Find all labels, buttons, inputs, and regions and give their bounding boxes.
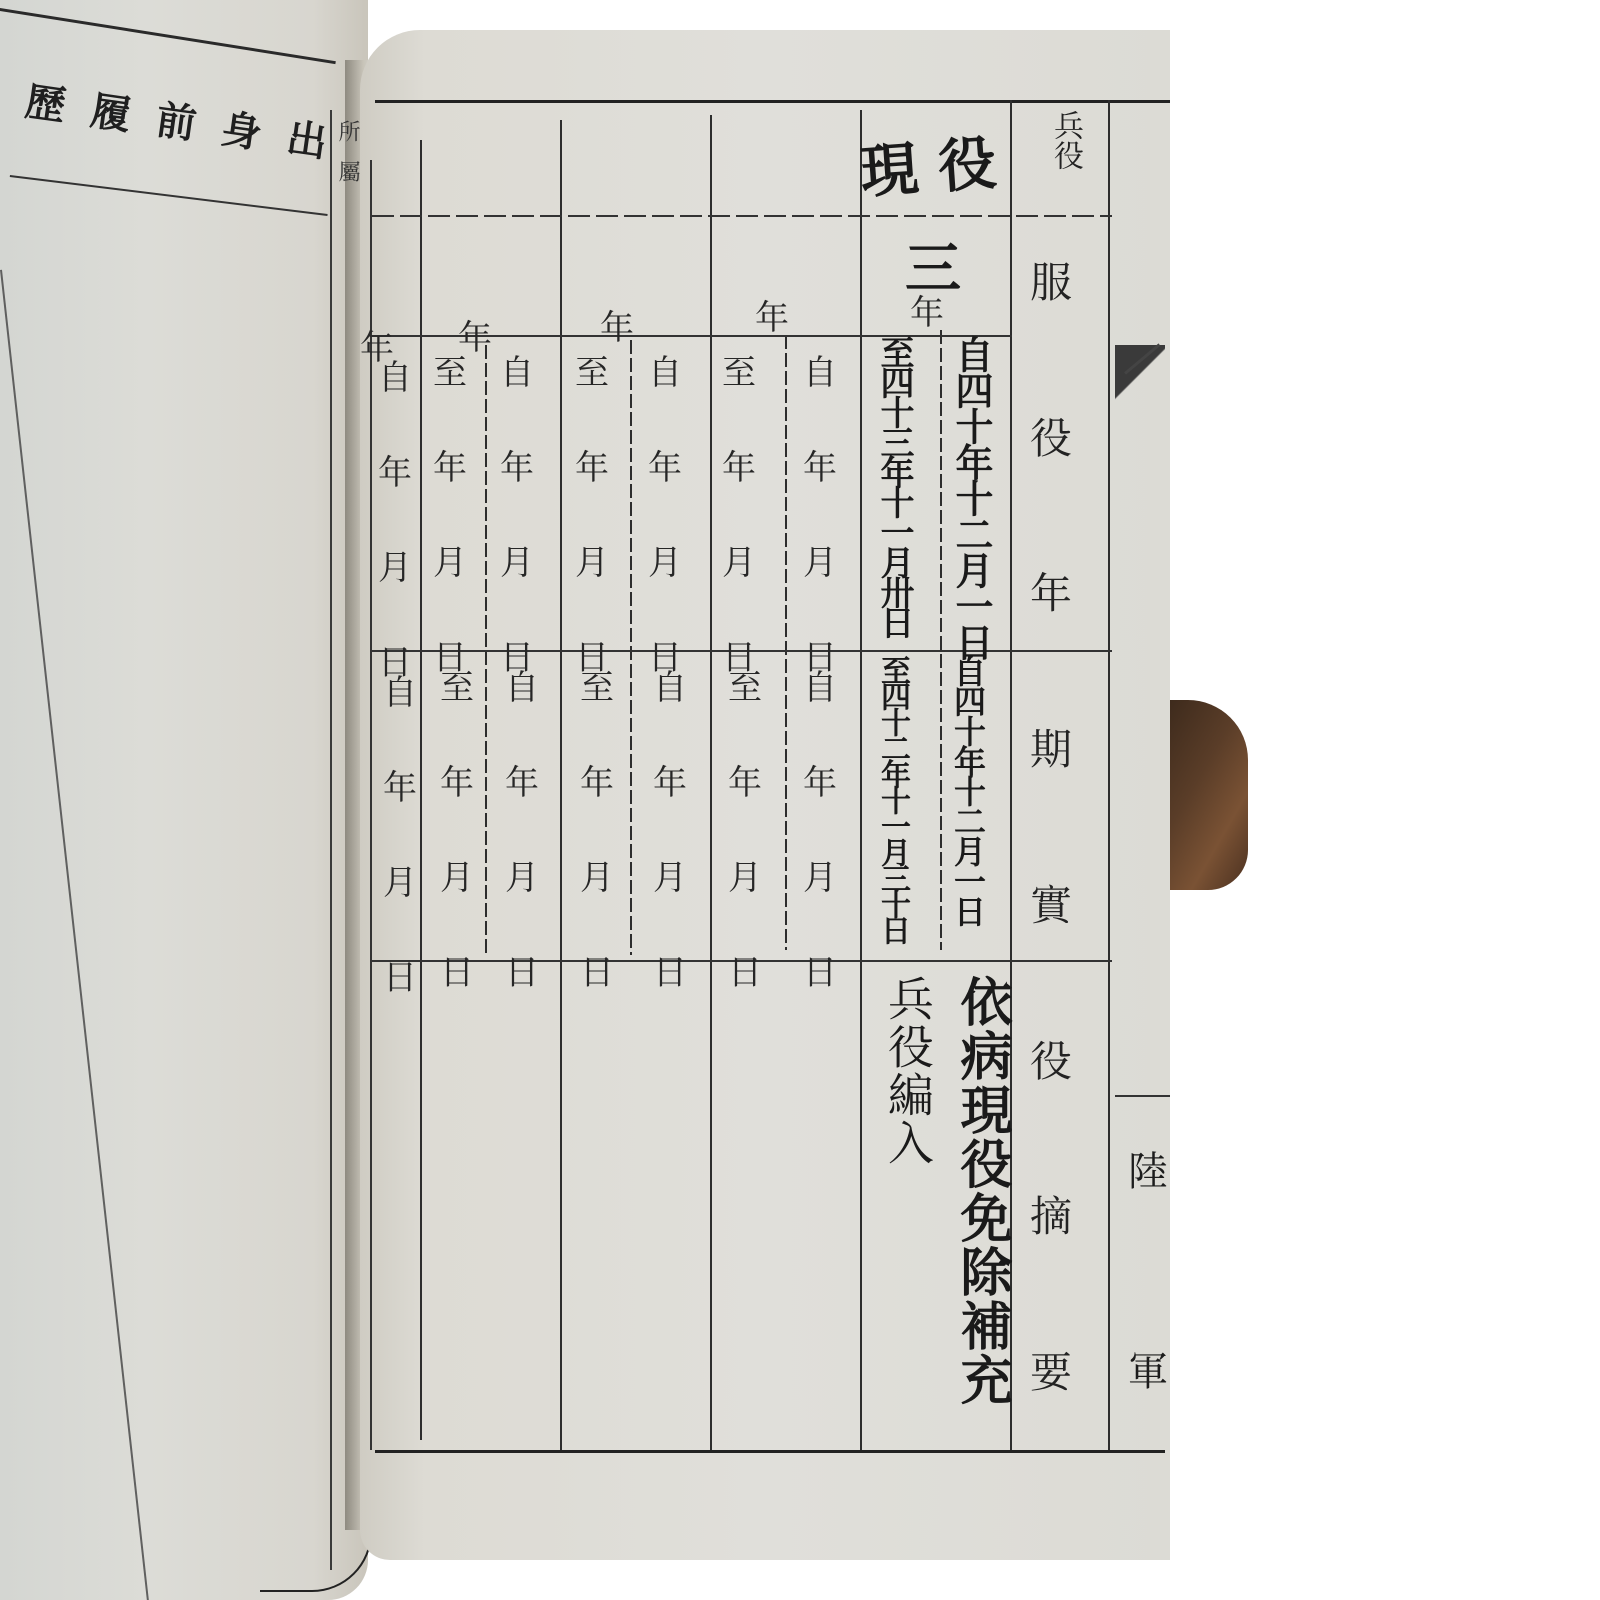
unit-month: 月	[433, 535, 467, 584]
unit-year: 年	[803, 755, 837, 804]
sub-column-rule	[630, 340, 632, 955]
left-page-title-underline	[10, 175, 328, 216]
spine-edge-label: 所屬	[332, 120, 363, 200]
unit-month: 月	[500, 535, 534, 584]
unit-year: 年	[378, 445, 412, 494]
sub-column-rule	[940, 330, 942, 950]
unit-year: 年	[648, 440, 682, 489]
unit-day: 日	[580, 945, 614, 994]
handwritten-remarks-line2: 兵役編入	[885, 975, 931, 1167]
unit-year: 年	[505, 755, 539, 804]
to-label: 至	[722, 345, 756, 394]
header-char: 服	[1030, 250, 1072, 310]
spine-char: 所	[335, 120, 360, 160]
unit-day: 日	[505, 945, 539, 994]
header-char: 年	[1030, 561, 1072, 621]
unit-month: 月	[505, 850, 539, 899]
from-label: 自	[500, 345, 534, 394]
to-label: 至	[440, 660, 474, 709]
frame-top-rule	[375, 100, 1170, 103]
column-rule	[860, 110, 862, 1450]
year-label: 年	[910, 285, 944, 334]
header-char: 期	[1030, 717, 1072, 777]
to-label: 至	[433, 345, 467, 394]
header-char: 實	[1030, 873, 1072, 933]
left-page-column-rule	[0, 270, 149, 1600]
unit-day: 日	[440, 945, 474, 994]
left-page-top-rule	[0, 8, 336, 64]
header-char: 摘	[1030, 1184, 1072, 1244]
printed-from-column: 自年月日	[505, 660, 539, 994]
spine-char: 屬	[335, 160, 360, 200]
to-label: 至	[575, 345, 609, 394]
unit-month: 月	[648, 535, 682, 584]
printed-to-column: 至年月日	[575, 345, 609, 679]
header-char: 要	[1030, 1340, 1072, 1400]
unit-year: 年	[575, 440, 609, 489]
unit-month: 月	[580, 850, 614, 899]
printed-from-column: 自年月日	[648, 345, 682, 679]
edge-strip-char: 軍	[1128, 1340, 1168, 1397]
left-page-title: 歷 履 前 身 出	[22, 70, 331, 169]
printed-to-column: 至年月日	[580, 660, 614, 994]
unit-year: 年	[500, 440, 534, 489]
printed-to-column: 至年月日	[722, 345, 756, 679]
printed-from-column: 自年月日	[383, 665, 417, 999]
handwritten-status: 現役	[857, 115, 1018, 210]
title-char: 出	[283, 107, 331, 169]
printed-from-column: 自年月日	[653, 660, 687, 994]
header-column-divider	[1108, 100, 1110, 1450]
unit-day: 日	[803, 945, 837, 994]
unit-day: 日	[653, 945, 687, 994]
year-label: 年	[755, 290, 789, 339]
unit-month: 月	[440, 850, 474, 899]
from-label: 自	[505, 660, 539, 709]
unit-day: 日	[383, 950, 417, 999]
handwritten-row2-from: 自四十年十二月一日	[952, 655, 984, 925]
handwritten-row1-from: 自四十年十二月一日	[952, 335, 990, 659]
title-char: 前	[153, 88, 201, 150]
printed-from-column: 自年月日	[500, 345, 534, 679]
handwritten-remarks-line1: 依病現役免除補充	[955, 975, 1007, 1407]
printed-from-column: 自年月日	[803, 660, 837, 994]
to-label: 至	[580, 660, 614, 709]
printed-to-column: 至年月日	[433, 345, 467, 679]
unit-month: 月	[722, 535, 756, 584]
sub-column-rule	[785, 335, 787, 950]
leather-tie	[1168, 700, 1248, 890]
header-label-column: 服 役 年 期 實 役 摘 要	[1030, 250, 1072, 1400]
frame-bottom-rule	[375, 1450, 1165, 1453]
edge-strip-char: 陸	[1128, 1140, 1168, 1197]
unit-year: 年	[383, 760, 417, 809]
unit-year: 年	[653, 755, 687, 804]
unit-month: 月	[653, 850, 687, 899]
header-char: 役	[1030, 406, 1072, 466]
from-label: 自	[648, 345, 682, 394]
handwritten-row2-to: 至四十二年十一月三十日	[877, 655, 907, 941]
unit-year: 年	[580, 755, 614, 804]
unit-month: 月	[728, 850, 762, 899]
title-char: 歷	[22, 70, 70, 132]
printed-to-column: 至年月日	[728, 660, 762, 994]
year-label: 年	[600, 300, 634, 349]
from-label: 自	[653, 660, 687, 709]
edge-strip-rule	[1115, 1095, 1170, 1097]
from-label: 自	[803, 345, 837, 394]
label-heieki: 兵役	[1050, 110, 1080, 170]
to-label: 至	[728, 660, 762, 709]
unit-year: 年	[722, 440, 756, 489]
unit-year: 年	[440, 755, 474, 804]
corner-ornament-icon	[1115, 345, 1165, 405]
left-page-inner-rule	[330, 110, 332, 1570]
from-label: 自	[378, 350, 412, 399]
printed-from-column: 自年月日	[378, 350, 412, 684]
left-page: 歷 履 前 身 出	[0, 0, 368, 1600]
title-char: 履	[87, 79, 135, 141]
unit-month: 月	[803, 850, 837, 899]
printed-from-column: 自年月日	[803, 345, 837, 679]
handwritten-row1-to: 至四十三年十一月卅日	[877, 335, 911, 635]
unit-month: 月	[378, 540, 412, 589]
unit-month: 月	[803, 535, 837, 584]
header-char: 役	[1030, 1029, 1072, 1089]
row-rule-status	[372, 215, 1112, 217]
unit-year: 年	[803, 440, 837, 489]
from-label: 自	[803, 660, 837, 709]
unit-year: 年	[433, 440, 467, 489]
column-rule	[710, 115, 712, 1450]
unit-month: 月	[383, 855, 417, 904]
title-char: 身	[218, 98, 266, 160]
unit-day: 日	[728, 945, 762, 994]
unit-month: 月	[575, 535, 609, 584]
column-rule	[560, 120, 562, 1450]
printed-to-column: 至年月日	[440, 660, 474, 994]
from-label: 自	[383, 665, 417, 714]
unit-year: 年	[728, 755, 762, 804]
